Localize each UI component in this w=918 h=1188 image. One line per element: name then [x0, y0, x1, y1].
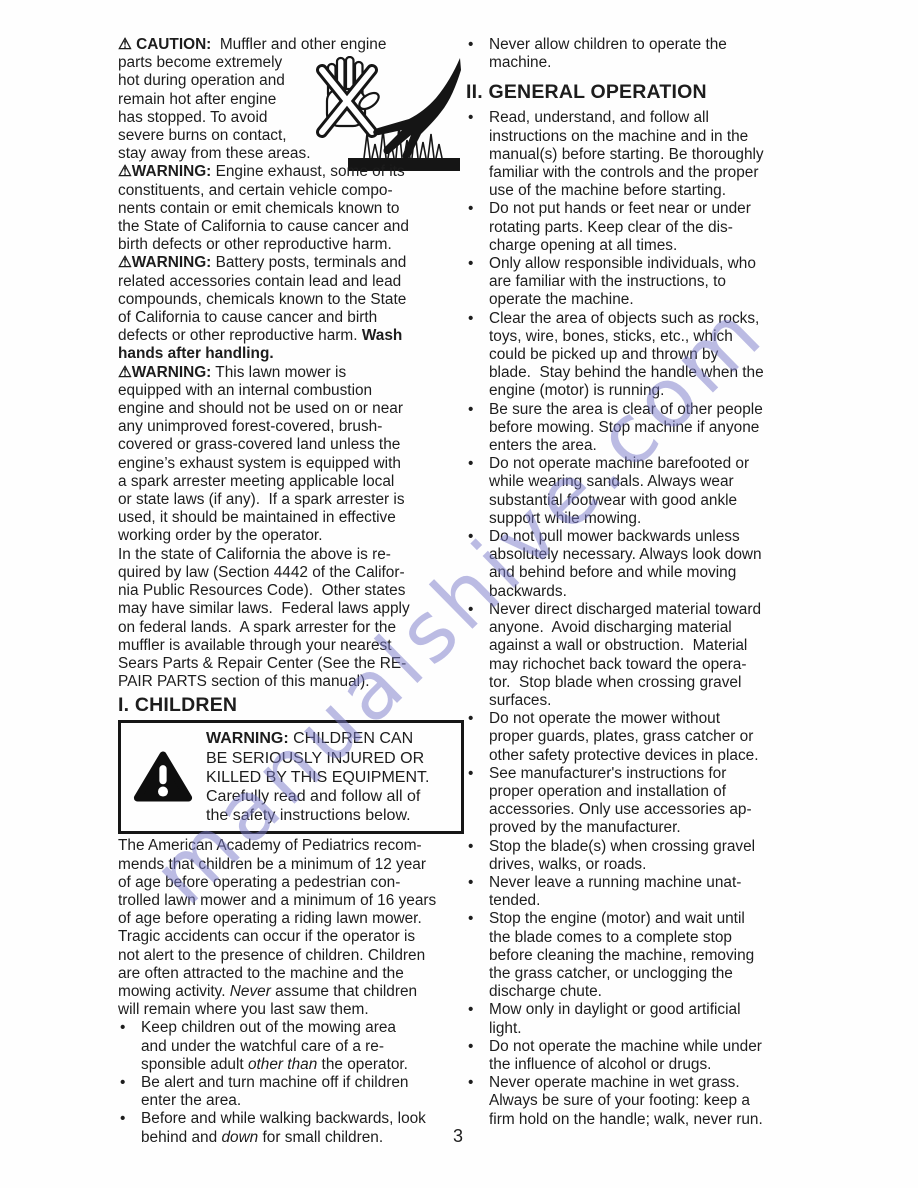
bullet-marker: •: [466, 455, 489, 528]
bullet-marker: •: [466, 310, 489, 401]
pediatrics-paragraph: The American Academy of Pediatrics recom…: [118, 837, 464, 1019]
heading-general-operation: II. GENERAL OPERATION: [466, 80, 812, 104]
paragraph-text: ⚠WARNING: Engine exhaust, some of its co…: [118, 163, 464, 254]
list-item: •Do not operate machine barefooted or wh…: [466, 455, 812, 528]
bullet-marker: •: [466, 910, 489, 1001]
list-item: •Mow only in daylight or good artificial…: [466, 1001, 812, 1037]
caution-hot-surfaces: ⚠ CAUTION: Muffler and other engine part…: [118, 36, 464, 163]
warning-battery-lead: ⚠WARNING: Battery posts, terminals and r…: [118, 254, 464, 363]
bullet-text: Only allow responsible individuals, who …: [489, 255, 756, 310]
list-item: •Stop the engine (motor) and wait until …: [466, 910, 812, 1001]
warning-engine-exhaust: ⚠WARNING: Engine exhaust, some of its co…: [118, 163, 464, 254]
list-item: •Do not operate the mower without proper…: [466, 710, 812, 765]
bullet-text: Do not operate machine barefooted or whi…: [489, 455, 749, 528]
bullet-text: Never allow children to operate the mach…: [489, 36, 727, 72]
bullet-marker: •: [466, 109, 489, 200]
list-item: •Only allow responsible individuals, who…: [466, 255, 812, 310]
bullet-marker: •: [466, 36, 489, 72]
list-item: •Read, understand, and follow all instru…: [466, 109, 812, 200]
bullet-text: See manufacturer's instructions for prop…: [489, 765, 752, 838]
list-item: •Be alert and turn machine off if childr…: [118, 1074, 464, 1110]
hot-surface-warning-icon: [314, 56, 462, 174]
list-item: •Keep children out of the mowing area an…: [118, 1019, 464, 1074]
paragraph-text: The American Academy of Pediatrics recom…: [118, 837, 464, 1019]
bullet-text: Be sure the area is clear of other peopl…: [489, 401, 763, 456]
bullet-marker: •: [466, 200, 489, 255]
bullet-text: Keep children out of the mowing area and…: [141, 1019, 408, 1074]
bullet-text: Never direct discharged material toward …: [489, 601, 761, 710]
bullet-marker: •: [466, 838, 489, 874]
heading-children: I. CHILDREN: [118, 693, 464, 717]
bullet-text: Never operate machine in wet grass. Alwa…: [489, 1074, 763, 1129]
bullet-marker: •: [118, 1074, 141, 1110]
warning-box-text: WARNING: CHILDREN CAN BE SERIOUSLY INJUR…: [206, 729, 429, 825]
bullet-marker: •: [466, 401, 489, 456]
bullet-marker: •: [466, 710, 489, 765]
bullet-marker: •: [466, 1001, 489, 1037]
paragraph-text: ⚠WARNING: This lawn mower is equipped wi…: [118, 364, 464, 546]
no-touch-glove-icon: [322, 57, 381, 132]
list-item: •Be sure the area is clear of other peop…: [466, 401, 812, 456]
paragraph-text: In the state of California the above is …: [118, 546, 464, 692]
list-item: •See manufacturer's instructions for pro…: [466, 765, 812, 838]
page-number: 3: [438, 1126, 478, 1147]
bullet-text: Do not operate the mower without proper …: [489, 710, 758, 765]
right-column: •Never allow children to operate the mac…: [466, 36, 812, 1129]
bullet-text: Do not operate the machine while under t…: [489, 1038, 762, 1074]
list-item: •Do not operate the machine while under …: [466, 1038, 812, 1074]
bullet-text: Before and while walking backwards, look…: [141, 1110, 426, 1146]
bullet-marker: •: [466, 528, 489, 601]
bullet-marker: •: [118, 1110, 141, 1146]
bullet-text: Stop the engine (motor) and wait until t…: [489, 910, 754, 1001]
bullet-marker: •: [466, 765, 489, 838]
bullet-text: Mow only in daylight or good artificial …: [489, 1001, 741, 1037]
warning-triangle-icon: [133, 749, 193, 805]
bullet-marker: •: [466, 1038, 489, 1074]
list-item: •Never allow children to operate the mac…: [466, 36, 812, 72]
list-item: •Before and while walking backwards, loo…: [118, 1110, 464, 1146]
bullet-text: Never leave a running machine unat- tend…: [489, 874, 741, 910]
bullet-marker: •: [466, 601, 489, 710]
bullet-text: Do not pull mower backwards unless absol…: [489, 528, 762, 601]
bullet-text: Be alert and turn machine off if childre…: [141, 1074, 409, 1110]
children-warning-box: WARNING: CHILDREN CAN BE SERIOUSLY INJUR…: [118, 720, 464, 834]
list-item: •Never direct discharged material toward…: [466, 601, 812, 710]
bullet-marker: •: [466, 1074, 489, 1129]
list-item: •Clear the area of objects such as rocks…: [466, 310, 812, 401]
list-item: •Do not pull mower backwards unless abso…: [466, 528, 812, 601]
bullet-text: Clear the area of objects such as rocks,…: [489, 310, 764, 401]
list-item: •Never leave a running machine unat- ten…: [466, 874, 812, 910]
bullet-text: Do not put hands or feet near or under r…: [489, 200, 751, 255]
bullet-text: Read, understand, and follow all instruc…: [489, 109, 764, 200]
paragraph-text: ⚠WARNING: Battery posts, terminals and r…: [118, 254, 464, 363]
warning-spark-arrester: ⚠WARNING: This lawn mower is equipped wi…: [118, 364, 464, 546]
list-item: •Never operate machine in wet grass. Alw…: [466, 1074, 812, 1129]
manual-safety-page: manualshive.com ⚠ CAUTION: Muffler: [0, 0, 918, 1188]
bullet-text: Stop the blade(s) when crossing gravel d…: [489, 838, 755, 874]
list-item: •Stop the blade(s) when crossing gravel …: [466, 838, 812, 874]
bullet-marker: •: [466, 874, 489, 910]
list-item: •Do not put hands or feet near or under …: [466, 200, 812, 255]
bullet-marker: •: [466, 255, 489, 310]
california-law-paragraph: In the state of California the above is …: [118, 546, 464, 692]
left-column: ⚠ CAUTION: Muffler and other engine part…: [118, 36, 464, 1147]
bullet-marker: •: [118, 1019, 141, 1074]
